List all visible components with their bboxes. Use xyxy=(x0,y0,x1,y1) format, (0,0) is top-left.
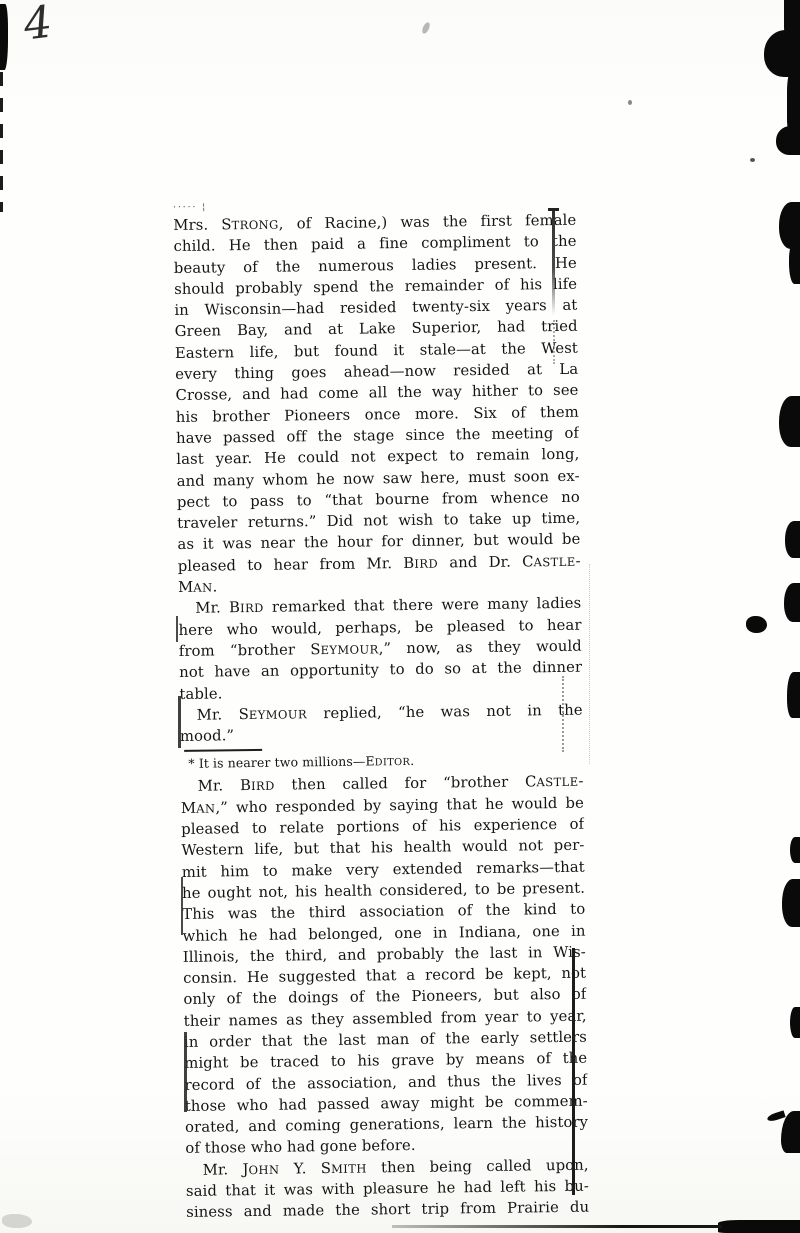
margin-ink-mark xyxy=(181,877,183,935)
text-line: siness and made the short trip from Prai… xyxy=(186,1197,589,1224)
text-line: * It is nearer two millions—EDITOR. xyxy=(180,750,583,772)
scan-artifact xyxy=(781,1111,800,1153)
column-rule-segment xyxy=(552,211,555,315)
scan-artifact xyxy=(784,583,800,622)
margin-ink-mark xyxy=(176,616,178,642)
scan-artifact xyxy=(779,396,800,447)
scan-artifact xyxy=(0,4,8,70)
scan-artifact xyxy=(787,70,800,132)
column-rule-dotted xyxy=(553,320,555,364)
paragraph: Mr. BIRD then called for “brother CASTLE… xyxy=(181,771,589,1160)
scan-artifact xyxy=(779,202,800,249)
column-rule-dotted xyxy=(562,676,564,752)
scan-artifact xyxy=(746,616,767,633)
margin-ink-mark xyxy=(184,1032,187,1112)
footnote: * It is nearer two millions—EDITOR. xyxy=(180,745,583,772)
scanned-document-page: 4 ····· ¦ Mrs. STRONG, of Racine,) was t… xyxy=(0,0,800,1233)
scan-artifact xyxy=(790,1007,800,1038)
scan-speck xyxy=(750,158,755,162)
scan-artifact xyxy=(790,837,800,863)
handwritten-page-number: 4 xyxy=(21,0,54,47)
scan-artifact xyxy=(2,1214,32,1228)
scan-artifact xyxy=(787,672,800,718)
scan-speck xyxy=(628,100,632,105)
paragraph: Mrs. STRONG, of Racine,) was the first f… xyxy=(173,210,581,599)
page-edge-shadow xyxy=(392,1225,722,1228)
scan-artifact xyxy=(789,243,800,284)
ink-smudge xyxy=(414,8,440,38)
scan-artifact xyxy=(0,72,3,212)
scan-artifact xyxy=(785,521,800,558)
paragraph: Mr. JOHN Y. SMITH then being called upon… xyxy=(186,1154,590,1223)
paragraph: Mr. BIRD remarked that there were many l… xyxy=(178,593,582,705)
text-column: ····· ¦ Mrs. STRONG, of Racine,) was the… xyxy=(173,198,589,1224)
column-rule-dotted xyxy=(589,564,590,764)
paragraph: Mr. SEYMOUR replied, “he was not in them… xyxy=(180,700,584,748)
scan-artifact xyxy=(776,126,800,155)
scan-artifact xyxy=(718,1220,800,1233)
scan-artifact xyxy=(782,879,800,927)
margin-ink-mark xyxy=(178,696,181,748)
column-rule xyxy=(572,948,575,1195)
